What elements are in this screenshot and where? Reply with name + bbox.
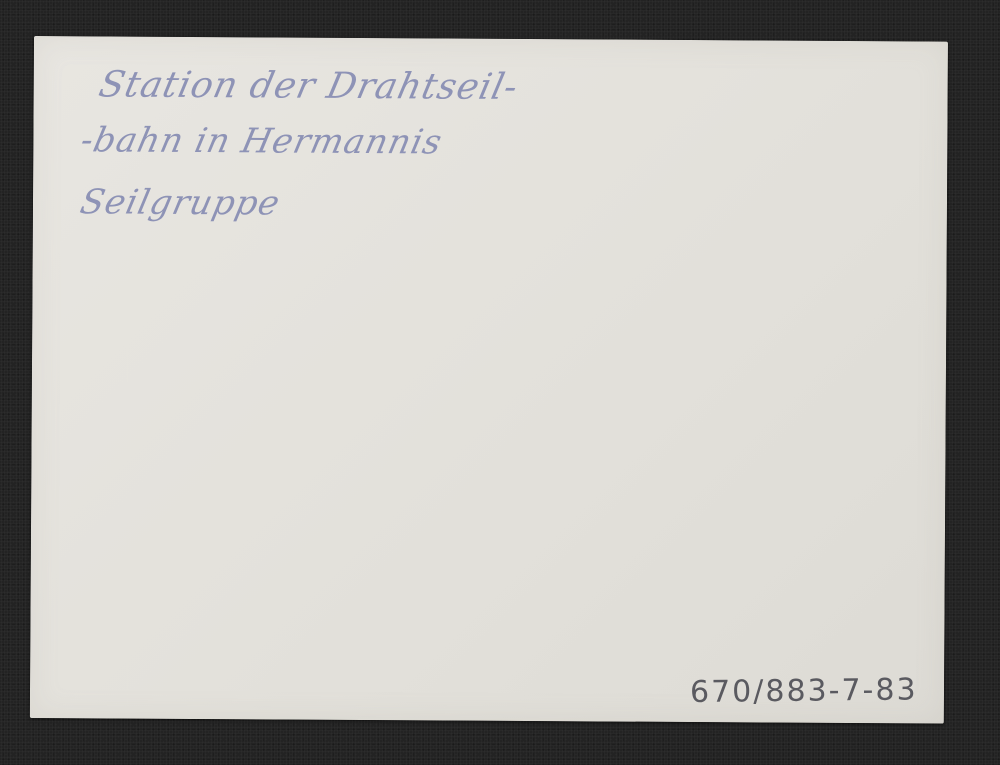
inscription-line-2: -bahn in Hermannis (77, 120, 446, 162)
catalog-number: 670/883-7-83 (690, 672, 918, 710)
photo-card-back: Station der Drahtseil- -bahn in Hermanni… (30, 36, 948, 724)
inscription-line-3: Seilgruppe (77, 182, 284, 223)
inscription-line-1: Station der Drahtseil- (95, 64, 522, 107)
